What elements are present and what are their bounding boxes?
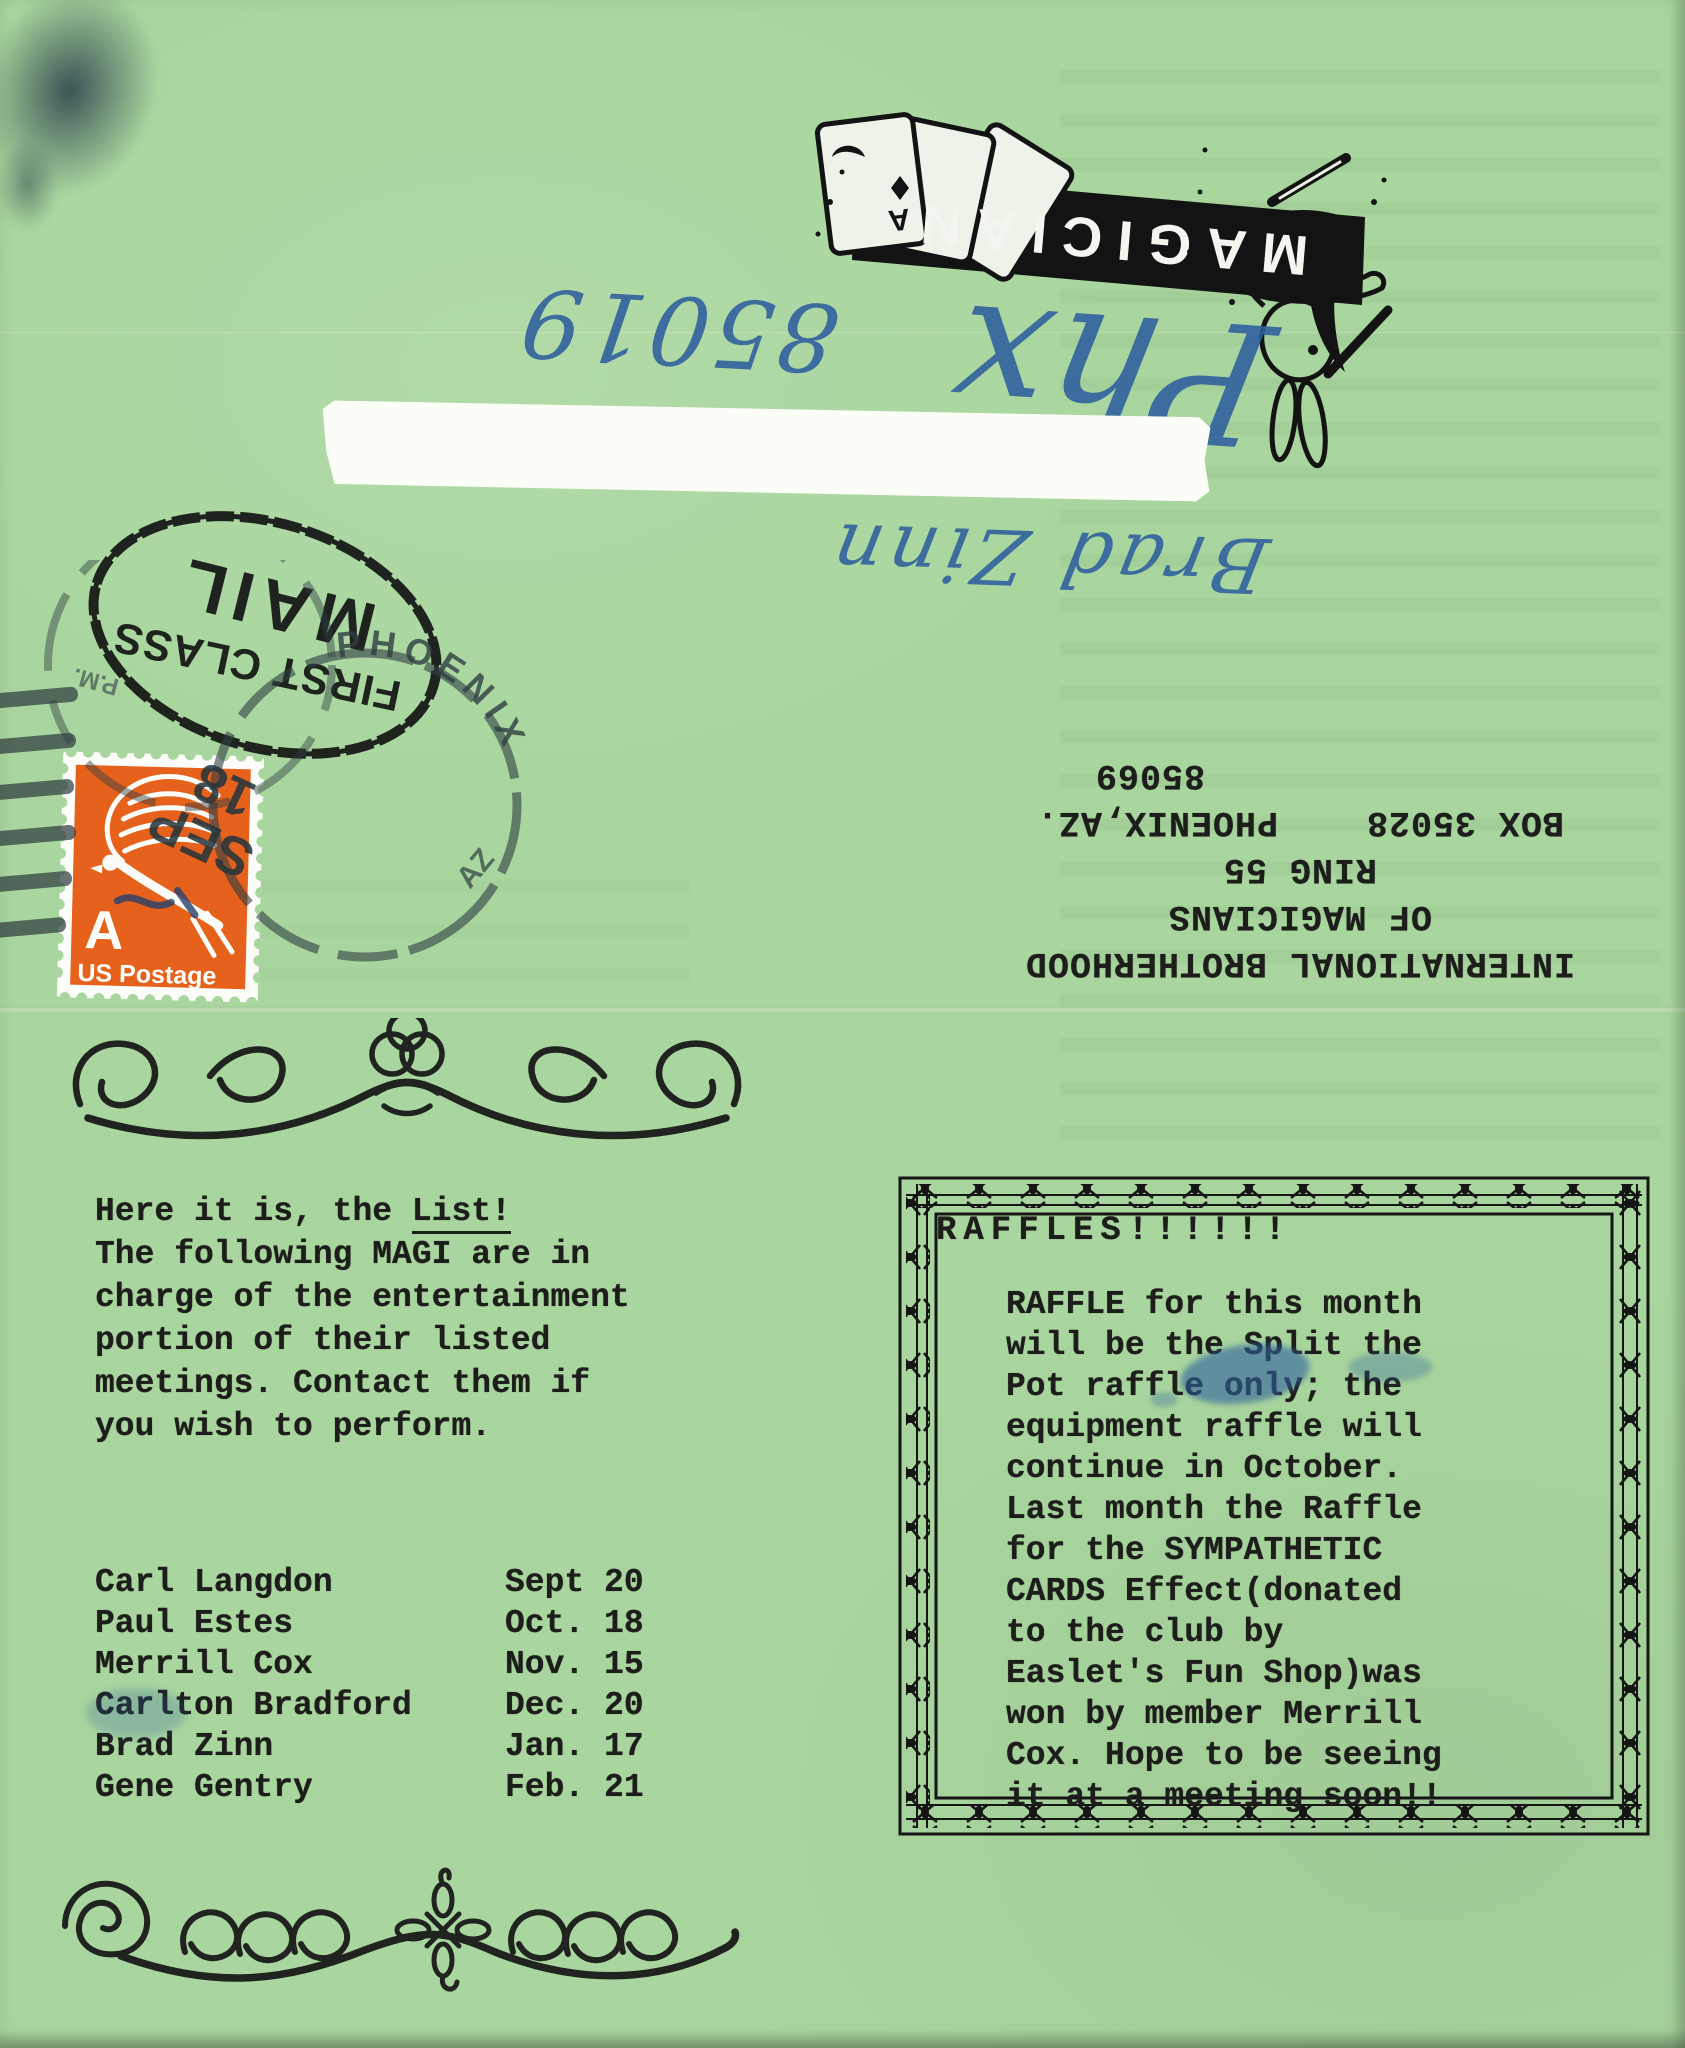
intro-line-1: Here it is, the List! (95, 1190, 795, 1233)
roster-name: Paul Estes (95, 1603, 505, 1644)
handwritten-recipient: Brad Zinn (783, 464, 1284, 639)
underlined-word: List! (412, 1193, 511, 1234)
roster-row: Paul EstesOct. 18 (95, 1603, 644, 1644)
roster-row: Merrill CoxNov. 15 (95, 1644, 644, 1685)
return-address-line: OF MAGICIANS (950, 892, 1650, 939)
roster-date: Sept 20 (505, 1564, 644, 1601)
roster-date: Dec. 20 (505, 1687, 644, 1724)
return-address-line: BOX 35028 PHOENIX,AZ. (950, 798, 1650, 845)
scanned-newsletter-mailer: A MAGICIAN Phx 85019 (0, 0, 1685, 2048)
roster-date: Jan. 17 (505, 1728, 644, 1765)
roster-name: Gene Gentry (95, 1767, 505, 1808)
roster-row: Brad ZinnJan. 17 (95, 1726, 644, 1767)
return-address-line: RING 55 (950, 845, 1650, 892)
roster-row: Gene GentryFeb. 21 (95, 1767, 644, 1808)
return-address-block: INTERNATIONAL BROTHERHOOD OF MAGICIANS R… (950, 746, 1650, 986)
raffle-paragraph: RAFFLE for this month will be the Split … (1006, 1284, 1626, 1817)
blue-ink-smudge-2 (1348, 1352, 1432, 1382)
svg-text:PHOENIX: PHOENIX (335, 622, 537, 758)
roster-date: Oct. 18 (505, 1605, 644, 1642)
blue-ink-smudge-3 (1150, 1392, 1178, 1407)
list-intro-paragraph: Here it is, the List! The following MAGI… (95, 1190, 795, 1448)
return-address-line: INTERNATIONAL BROTHERHOOD (950, 939, 1650, 986)
postmark-city: PHOENIX (335, 622, 537, 758)
handwritten-zip: 85019 (538, 245, 849, 409)
roster-name: Carl Langdon (95, 1562, 505, 1603)
roster-row: Carl LangdonSept 20 (95, 1562, 644, 1603)
flourish-divider-top (62, 1018, 752, 1158)
roster-date: Feb. 21 (505, 1769, 644, 1806)
roster-date: Nov. 15 (505, 1646, 644, 1683)
postmark-cancellation: PHOENIX AZ SEP 18 P.M. (0, 560, 560, 1030)
raffle-heading: RAFFLES!!!!!! (936, 1212, 1292, 1250)
scan-edge-bottom (0, 2030, 1685, 2048)
return-address-line: 85069 (800, 751, 1500, 798)
margin-blue-smudge (86, 1688, 186, 1738)
scan-edge-right (1671, 0, 1685, 2048)
entertainment-roster: Carl LangdonSept 20 Paul EstesOct. 18 Me… (95, 1562, 644, 1808)
cancel-killer-bars (0, 686, 79, 938)
roster-name: Merrill Cox (95, 1644, 505, 1685)
flourish-divider-bottom (25, 1852, 745, 2002)
